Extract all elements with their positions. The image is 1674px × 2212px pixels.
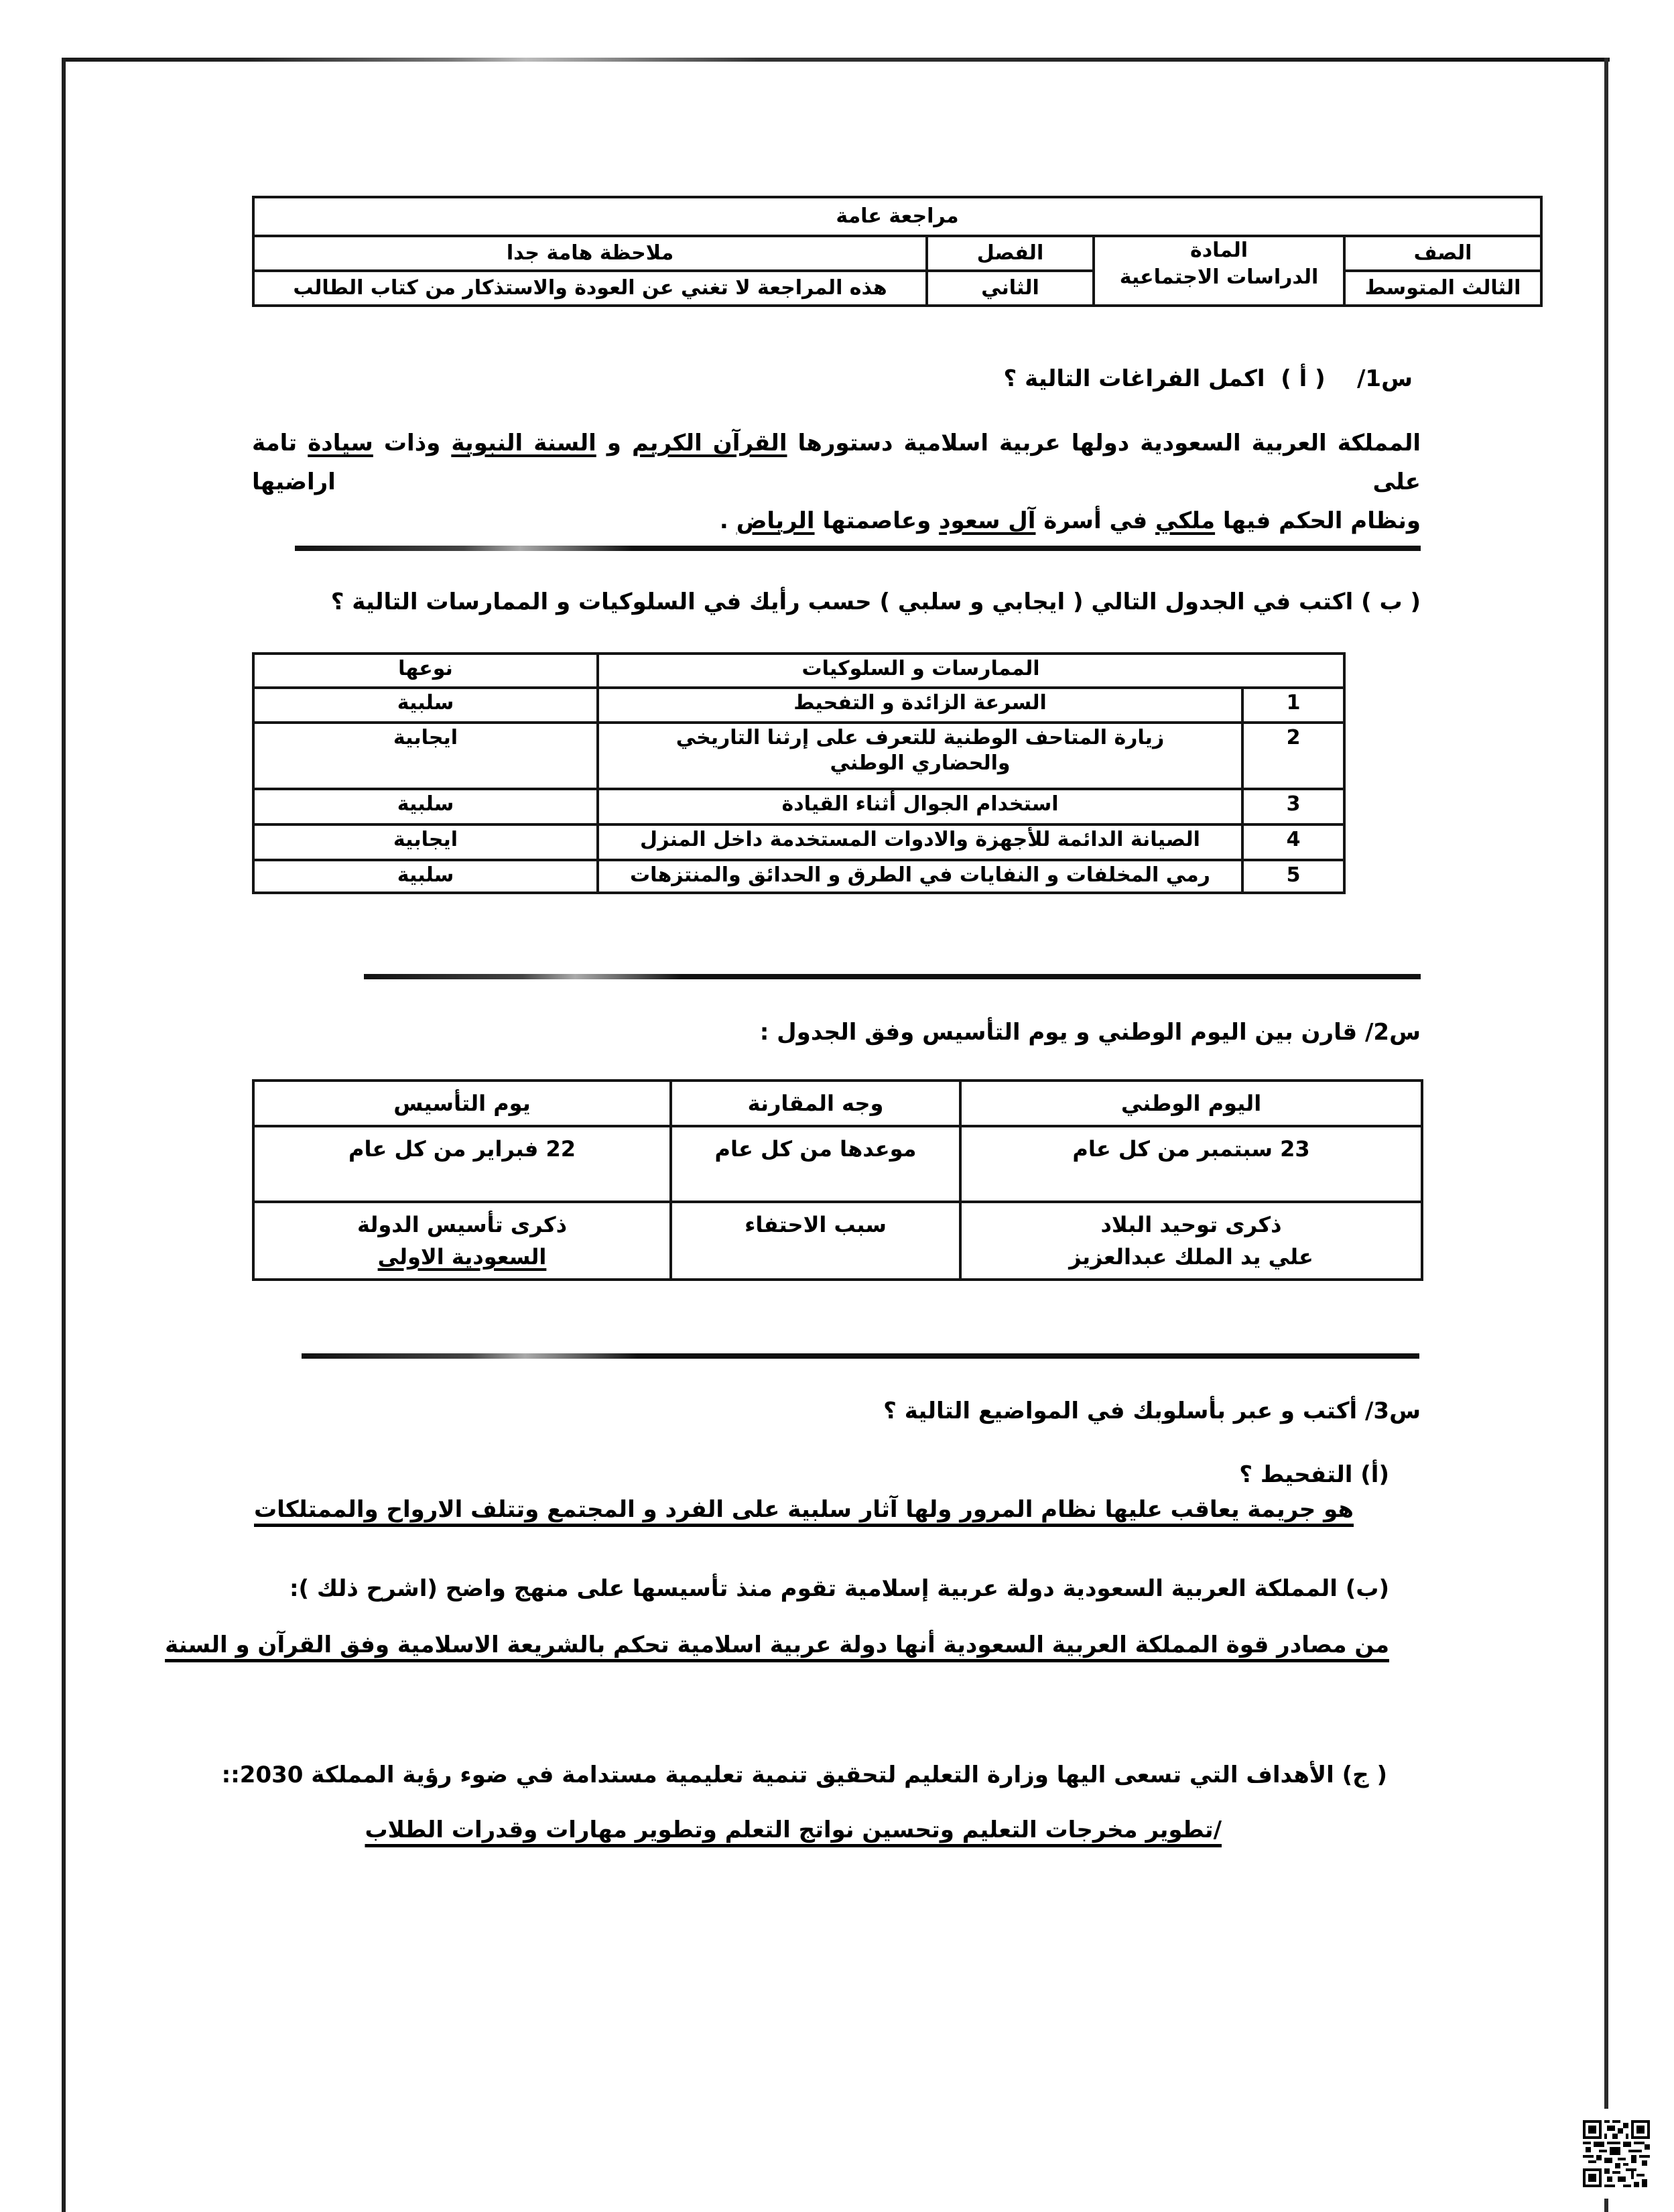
page-border-right-lower	[1604, 2199, 1608, 2212]
header-subject-cell: المادة الدراسات الاجتماعية	[1094, 236, 1344, 306]
page-border-right	[1604, 58, 1608, 2109]
q3c-answer: /تطوير مخرجات التعليم وتحسين نواتج التعل…	[365, 1817, 1222, 1843]
table-row: 2 زيارة المتاحف الوطنية للتعرف على إرثنا…	[253, 723, 1344, 789]
aspect-date: موعدها من كل عام	[671, 1126, 960, 1202]
row-number: 4	[1242, 824, 1344, 860]
row-type: ايجابية	[253, 723, 598, 789]
comparison-table: اليوم الوطني وجه المقارنة يوم التأسيس 23…	[252, 1079, 1423, 1281]
founding-reason: ذكرى تأسيس الدولة السعودية الاولى	[253, 1202, 671, 1280]
row-type: سلبية	[253, 860, 598, 893]
table-row: 23 سبتمبر من كل عام موعدها من كل عام 22 …	[253, 1126, 1422, 1202]
q1a-paragraph: المملكة العربية السعودية دولها عربية اسل…	[252, 424, 1421, 540]
row-type: سلبية	[253, 688, 598, 723]
blank-answer: ملكي	[1155, 507, 1215, 534]
blank-answer: القرآن الكريم	[632, 430, 787, 456]
row-number: 5	[1242, 860, 1344, 893]
q3b-label: (ب) المملكة العربية السعودية دولة عربية …	[289, 1575, 1389, 1602]
header-label-grade: الصف	[1344, 236, 1541, 271]
header-value-grade: الثالث المتوسط	[1344, 271, 1541, 306]
header-info-table: مراجعة عامة الصف المادة الدراسات الاجتما…	[252, 196, 1543, 307]
founding-date: 22 فبراير من كل عام	[253, 1126, 671, 1202]
qr-code-icon	[1583, 2120, 1650, 2187]
row-practice: الصيانة الدائمة للأجهزة والادوات المستخد…	[598, 824, 1242, 860]
q1-prefix: س1/	[1357, 365, 1413, 392]
page-border-top	[62, 58, 1610, 62]
q3c-label: ( ج) الأهداف التي تسعى اليها وزارة التعل…	[222, 1762, 1387, 1788]
row-number: 3	[1242, 789, 1344, 824]
table-row: 5 رمي المخلفات و النفايات في الطرق و الح…	[253, 860, 1344, 893]
page-border-left	[62, 58, 66, 2212]
table-row: ذكرى توحيد البلاد علي يد الملك عبدالعزيز…	[253, 1202, 1422, 1280]
q1a-prompt: اكمل الفراغات التالية ؟	[1004, 365, 1265, 392]
row-number: 2	[1242, 723, 1344, 789]
national-reason: ذكرى توحيد البلاد علي يد الملك عبدالعزيز	[960, 1202, 1422, 1280]
header-value-note: هذه المراجعة لا تغني عن العودة والاستذكا…	[253, 271, 927, 306]
table-header-row: الممارسات و السلوكيات نوعها	[253, 654, 1344, 688]
q3-prompt: س3/ أكتب و عبر بأسلوبك في المواضيع التال…	[883, 1398, 1421, 1424]
row-type: ايجابية	[253, 824, 598, 860]
type-header: نوعها	[253, 654, 598, 688]
header-label-semester: الفصل	[927, 236, 1094, 271]
q3a-answer: هو جريمة يعاقب عليها نظام المرور ولها آث…	[254, 1496, 1354, 1523]
national-date: 23 سبتمبر من كل عام	[960, 1126, 1422, 1202]
section-divider	[302, 1353, 1419, 1359]
num-header-cell	[1242, 654, 1344, 688]
table-header-row: اليوم الوطني وجه المقارنة يوم التأسيس	[253, 1081, 1422, 1126]
header-label-note: ملاحظة هامة جدا	[253, 236, 927, 271]
col-founding-day: يوم التأسيس	[253, 1081, 671, 1126]
row-number: 1	[1242, 688, 1344, 723]
blank-answer: السنة النبوية	[451, 430, 596, 456]
blank-answer: آل سعود	[939, 507, 1035, 534]
row-practice: السرعة الزائدة و التفحيط	[598, 688, 1242, 723]
table-row: 1 السرعة الزائدة و التفحيط سلبية	[253, 688, 1344, 723]
col-aspect: وجه المقارنة	[671, 1081, 960, 1126]
header-value-semester: الثاني	[927, 271, 1094, 306]
q1b-prompt: ( ب ) اكتب في الجدول التالي ( ايجابي و س…	[331, 589, 1421, 615]
section-divider	[364, 974, 1421, 979]
section-divider	[295, 546, 1421, 551]
aspect-reason: سبب الاحتفاء	[671, 1202, 960, 1280]
col-national-day: اليوم الوطني	[960, 1081, 1422, 1126]
table-row: 3 استخدام الجوال أثناء القيادة سلبية	[253, 789, 1344, 824]
q1-heading: س1/ ( أ ) اكمل الفراغات التالية ؟	[1004, 365, 1413, 392]
row-practice: استخدام الجوال أثناء القيادة	[598, 789, 1242, 824]
blank-answer: سيادة	[308, 430, 373, 456]
q3b-answer: من مصادر قوة المملكة العربية السعودية أن…	[165, 1632, 1389, 1658]
row-practice: رمي المخلفات و النفايات في الطرق و الحدا…	[598, 860, 1242, 893]
behaviors-table: الممارسات و السلوكيات نوعها 1 السرعة الز…	[252, 652, 1346, 894]
q1a-label: ( أ )	[1281, 365, 1325, 392]
q1a-line-2: ونظام الحكم فيها ملكي في أسرة آل سعود وع…	[252, 501, 1421, 540]
header-title: مراجعة عامة	[253, 197, 1541, 236]
row-practice: زيارة المتاحف الوطنية للتعرف على إرثنا ا…	[598, 723, 1242, 789]
q1a-line-1: المملكة العربية السعودية دولها عربية اسل…	[252, 424, 1421, 501]
q3a-label: (أ) التفحيط ؟	[1239, 1461, 1389, 1488]
header-value-subject: الدراسات الاجتماعية	[1099, 264, 1339, 291]
table-row: 4 الصيانة الدائمة للأجهزة والادوات المست…	[253, 824, 1344, 860]
practice-header: الممارسات و السلوكيات	[598, 654, 1242, 688]
row-type: سلبية	[253, 789, 598, 824]
q2-prompt: س2/ قارن بين اليوم الوطني و يوم التأسيس …	[760, 1019, 1421, 1046]
header-label-subject: المادة	[1099, 237, 1339, 264]
blank-answer: الرياض	[736, 507, 815, 534]
